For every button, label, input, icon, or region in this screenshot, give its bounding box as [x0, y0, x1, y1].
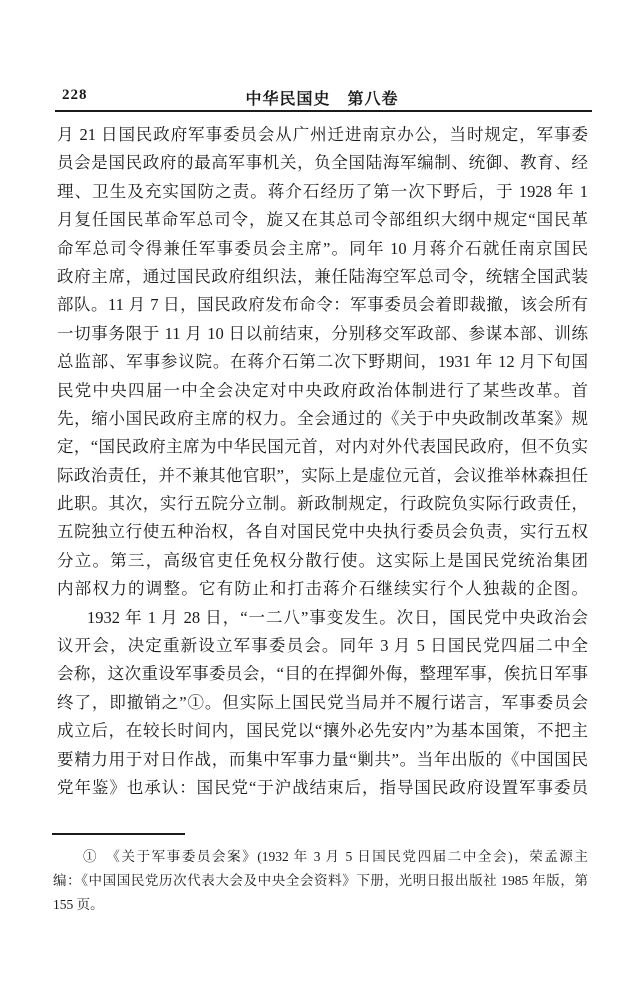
text-line: 成立后，在较长时间内，国民党以“攘外必先安内”为基本国策，不把主	[57, 717, 588, 745]
footnote-line: 编：《中国国民党历次代表大会及中央全会资料》下册，光明日报出版社 1985 年版…	[53, 869, 588, 893]
text-line: 议开会，决定重新设立军事委员会。同年 3 月 5 日国民党四届二中全	[57, 632, 588, 660]
footnote-line: 155 页。	[53, 893, 588, 917]
text-line: 总监部、军事参议院。在蒋介石第二次下野期间，1931 年 12 月下旬国	[57, 348, 588, 376]
footnote-line: ① 《关于军事委员会案》(1932 年 3 月 5 日国民党四届二中全会)，荣孟…	[53, 845, 588, 869]
text-line: 五院独立行使五种治权，各自对国民党中央执行委员会负责，实行五权	[57, 518, 588, 546]
text-line: 命军总司令得兼任军事委员会主席”。同年 10 月蒋介石就任南京国民	[57, 235, 588, 263]
text-line: 部队。11 月 7 日，国民政府发布命令：军事委员会着即裁撤，该会所有	[57, 291, 588, 319]
text-line: 员会是国民政府的最高军事机关，负全国陆海军编制、统御、教育、经	[57, 149, 588, 177]
text-line: 理、卫生及充实国防之责。蒋介石经历了第一次下野后，于 1928 年 1	[57, 178, 588, 206]
book-page: 228 中华民国史 第八卷 月 21 日国民政府军事委员会从广州迁进南京办公，当…	[0, 0, 644, 1000]
text-line: 定，“国民政府主席为中华民国元首，对内对外代表国民政府，但不负实	[57, 433, 588, 461]
text-line: 先，缩小国民政府主席的权力。全会通过的《关于中央政制改革案》规	[57, 405, 588, 433]
text-line: 1932 年 1 月 28 日，“一二八”事变发生。次日，国民党中央政治会	[57, 604, 588, 632]
header-rule	[55, 110, 592, 112]
footnote-block: ① 《关于军事委员会案》(1932 年 3 月 5 日国民党四届二中全会)，荣孟…	[53, 845, 588, 917]
text-line: 党年鉴》也承认：国民党“于沪战结束后，指导国民政府设置军事委员	[57, 774, 588, 802]
text-line: 月复任国民革命军总司令，旋又在其总司令部组织大纲中规定“国民革	[57, 206, 588, 234]
body-text-block: 月 21 日国民政府军事委员会从广州迁进南京办公，当时规定，军事委员会是国民政府…	[57, 121, 588, 802]
text-line: 际政治责任，并不兼其他官职”，实际上是虚位元首，会议推举林森担任	[57, 462, 588, 490]
text-line: 民党中央四届一中全会决定对中央政府政治体制进行了某些改革。首	[57, 377, 588, 405]
running-header-title: 中华民国史 第八卷	[0, 86, 644, 109]
text-line: 要精力用于对日作战，而集中军事力量“剿共”。当年出版的《中国国民	[57, 746, 588, 774]
text-line: 终了，即撤销之”①。但实际上国民党当局并不履行诺言，军事委员会	[57, 689, 588, 717]
text-line: 会称，这次重设军事委员会，“目的在捍御外侮，整理军事，俟抗日军事	[57, 660, 588, 688]
text-line: 一切事务限于 11 月 10 日以前结束，分别移交军政部、参谋本部、训练	[57, 320, 588, 348]
text-line: 分立。第三，高级官吏任免权分散行使。这实际上是国民党统治集团	[57, 547, 588, 575]
text-line: 月 21 日国民政府军事委员会从广州迁进南京办公，当时规定，军事委	[57, 121, 588, 149]
text-line: 内部权力的调整。它有防止和打击蒋介石继续实行个人独裁的企图。	[57, 575, 588, 603]
text-line: 此职。其次，实行五院分立制。新政制规定，行政院负实际行政责任，	[57, 490, 588, 518]
text-line: 政府主席，通过国民政府组织法，兼任陆海空军总司令，统辖全国武装	[57, 263, 588, 291]
footnote-separator-rule	[52, 833, 185, 835]
